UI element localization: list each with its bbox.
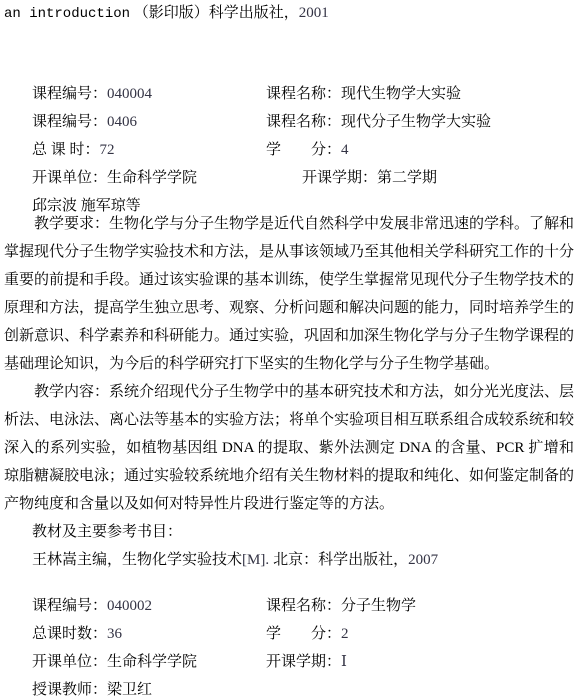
reference-header-line: an introduction （影印版）科学出版社，2001 <box>4 2 574 24</box>
field-label: 开课单位： <box>32 170 107 186</box>
field-label: 总课时数： <box>32 626 107 642</box>
field-label: 课程名称： <box>266 86 341 102</box>
course2-row-teacher: 授课教师：梁卫红 <box>4 676 574 699</box>
course1-row1-right: 课程名称：现代生物学大实验 <box>266 80 461 108</box>
reference-doc-type-tag: [M]. <box>242 552 269 568</box>
field-label: 学 分： <box>266 142 341 158</box>
course-number-value: 040004 <box>107 86 152 102</box>
field-label: 开课单位： <box>32 654 107 670</box>
field-label: 开课学期： <box>266 654 341 670</box>
document-page: an introduction （影印版）科学出版社，2001 课程编号：040… <box>0 0 578 699</box>
course-section-2: 课程编号：040002 课程名称：分子生物学 总课时数：36 学 分：2 开课单… <box>4 592 574 699</box>
field-label: 课程名称： <box>266 114 341 130</box>
course2-row3-right: 开课学期：Ⅰ <box>266 648 347 676</box>
course-name-value: 现代生物学大实验 <box>341 86 461 102</box>
reference-latin-text: an introduction <box>4 6 130 22</box>
field-label: 课程编号： <box>32 86 107 102</box>
course-number-value: 0406 <box>107 114 137 130</box>
reference-year: 2001 <box>299 5 329 21</box>
course-section-1: 课程编号：040004 课程名称：现代生物学大实验 课程编号：0406 课程名称… <box>4 80 574 574</box>
field-label: 授课教师： <box>32 682 107 698</box>
teaching-requirements-paragraph: 教学要求：生物化学与分子生物学是近代自然科学中发展非常迅速的学科。了解和掌握现代… <box>4 210 574 378</box>
course1-row4-right: 开课学期：第二学期 <box>302 164 437 192</box>
course1-row2-right: 课程名称：现代分子生物学大实验 <box>266 108 491 136</box>
field-label: 总 课 时： <box>32 142 100 158</box>
course1-row-hours-credits: 总 课 时：72 学 分：4 <box>4 136 574 164</box>
course1-row-course-number-1: 课程编号：040004 课程名称：现代生物学大实验 <box>4 80 574 108</box>
credits-value: 2 <box>341 626 349 642</box>
course2-row-hours-credits: 总课时数：36 学 分：2 <box>4 620 574 648</box>
reference-book-line: 王林嵩主编，生物化学实验技术[M].北京：科学出版社，2007 <box>4 546 574 574</box>
course1-row-department-semester: 开课单位：生命科学学院 开课学期：第二学期 <box>4 164 574 192</box>
reference-cjk-text: （影印版）科学出版社， <box>134 5 299 21</box>
field-label: 学 分： <box>266 626 341 642</box>
teaching-content-paragraph: 教学内容：系统介绍现代分子生物学中的基本研究技术和方法，如分光光度法、层析法、电… <box>4 378 574 518</box>
reference-year-value: 2007 <box>408 552 438 568</box>
course1-row-course-number-2: 课程编号：0406 课程名称：现代分子生物学大实验 <box>4 108 574 136</box>
course-name-value: 现代分子生物学大实验 <box>341 114 491 130</box>
teacher-name-value: 梁卫红 <box>107 682 152 698</box>
course2-row1-right: 课程名称：分子生物学 <box>266 592 416 620</box>
course1-row3-right: 学 分：4 <box>266 136 349 164</box>
course-name-value: 分子生物学 <box>341 598 416 614</box>
semester-value: 第二学期 <box>377 170 437 186</box>
course-number-value: 040002 <box>107 598 152 614</box>
course2-row-department-semester: 开课单位：生命科学学院 开课学期：Ⅰ <box>4 648 574 676</box>
reference-publisher: 北京：科学出版社， <box>273 552 408 568</box>
reference-book-title: 王林嵩主编，生物化学实验技术 <box>32 552 242 568</box>
references-heading: 教材及主要参考书目： <box>4 518 574 546</box>
field-label: 课程名称： <box>266 598 341 614</box>
course2-row2-right: 学 分：2 <box>266 620 349 648</box>
semester-value: Ⅰ <box>341 654 347 670</box>
field-label: 开课学期： <box>302 170 377 186</box>
field-label: 课程编号： <box>32 114 107 130</box>
total-hours-value: 72 <box>100 142 115 158</box>
course2-row-course-number: 课程编号：040002 课程名称：分子生物学 <box>4 592 574 620</box>
department-value: 生命科学学院 <box>107 654 197 670</box>
field-label: 课程编号： <box>32 598 107 614</box>
credits-value: 4 <box>341 142 349 158</box>
total-hours-value: 36 <box>107 626 122 642</box>
department-value: 生命科学学院 <box>107 170 197 186</box>
